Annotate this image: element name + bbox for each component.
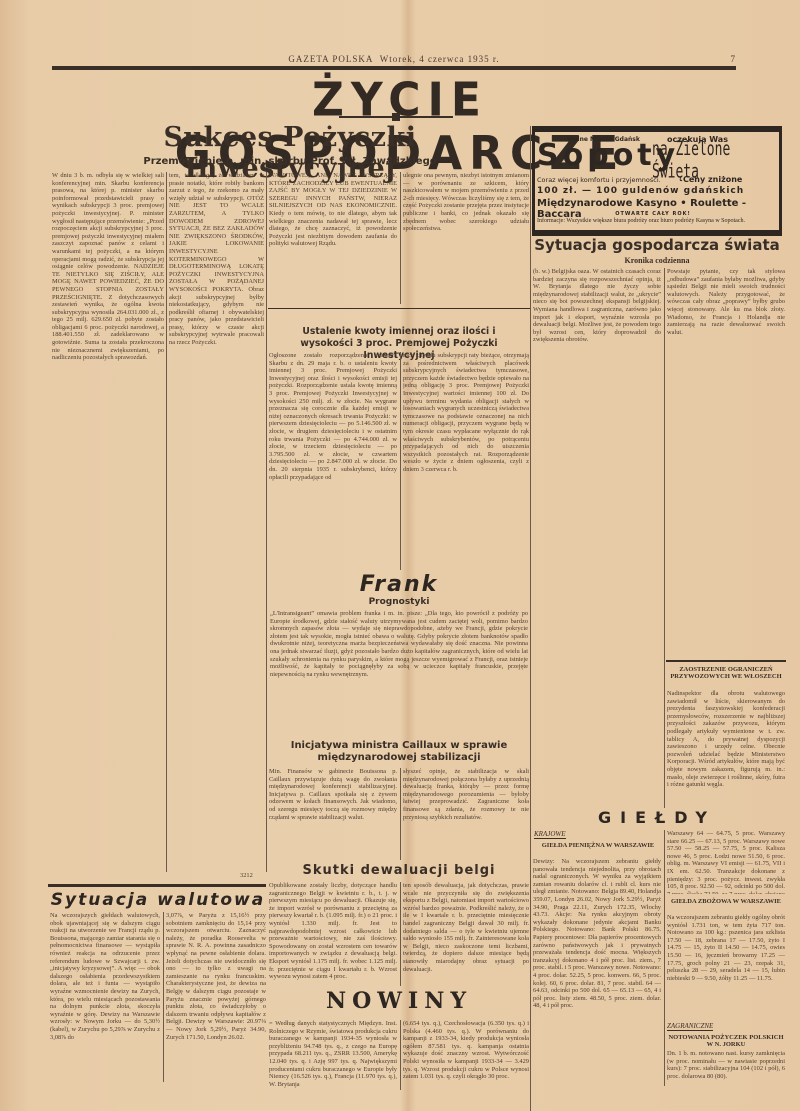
walutowa-col2: 3,07⅞, w Paryżu z 15,16½ przy sobotniem …: [166, 912, 266, 1082]
pozyczka-col1: W dniu 3 b. m. odbyła się w wielkiej sal…: [52, 172, 164, 872]
headline-gielda-pieniezna: GIEŁDA PIENIĘŻNA W WARSZAWIE: [534, 842, 662, 849]
column-rule: [166, 172, 167, 872]
headline-wlochy: ZAOSTRZENIE OGRANICZEŃ PRZYWOZOWYCH WE W…: [666, 666, 786, 680]
paper-name: GAZETA POLSKA: [288, 54, 373, 64]
column-rule: [530, 126, 531, 1111]
ad-comfort: Coraz więcej komfortu i przyjemności.: [537, 176, 661, 184]
sopoty-advertisement: Wolne Miasto Gdańsk oczekują Was Sopoty …: [532, 126, 782, 236]
headline-gielda-zbozowa: GIEŁDA ZBOŻOWA W WARSZAWIE: [667, 898, 785, 905]
headline-walutowa: Sytuacja walutowa: [48, 890, 268, 910]
pozyczka-col4: ulegnie ona pewnym, niezbyt istotnym zmi…: [403, 172, 529, 304]
column-rule: [400, 882, 401, 986]
swiat-col2: Powstaje pytanie, czy tak stylowa „odbud…: [667, 268, 785, 656]
column-rule: [400, 172, 401, 304]
skutki-col2: ten sposób dewaluacja, jak dotychczas, p…: [403, 882, 529, 986]
column-rule: [400, 1020, 401, 1090]
nowiny-col2: (6.654 tys. q.), Czechosłowacja (6.350 t…: [403, 1020, 529, 1090]
domestic-label: KRAJOWE: [534, 830, 566, 839]
foreign-label: ZAGRANICZNE: [667, 1022, 713, 1031]
headline-skutki: Skutki dewaluacji belgi: [268, 863, 530, 878]
headline-frank: Frank: [268, 572, 530, 597]
wlochy-body: Nadinspektor dla obrotu walutowego zawia…: [667, 690, 785, 808]
walutowa-col1: Na wczorajszych giełdach walutowych, obo…: [50, 912, 160, 1082]
section-rule: [268, 308, 530, 309]
nowiny-col1: = Według danych statystycznych Międzyn. …: [269, 1020, 397, 1090]
section-rule: [666, 660, 786, 662]
article-code: 3212: [240, 872, 253, 879]
ad-prices: Ceny zniżone: [683, 175, 742, 184]
masthead-ornament: [339, 116, 453, 118]
column-rule: [163, 912, 164, 1082]
ad-exchange: 100 zł. — 100 guldenów gdańskich: [537, 186, 744, 196]
headline-caillaux: Inicjatywa ministra Caillaux w sprawie m…: [268, 740, 530, 764]
column-rule: [266, 172, 267, 872]
pozyczka-col2: tem, to dlatego, że widziałem w prasie n…: [169, 172, 264, 872]
caillaux-col1: Min. Finansów w gabinecie Bouissona p. C…: [269, 768, 397, 860]
column-rule: [664, 268, 665, 808]
headline-nowiny: NOWINY: [268, 988, 530, 1014]
frank-body: „L'Intransigeant” omawia problem franka …: [270, 610, 528, 738]
issue-date: Wtorek, 4 czerwca 1935 r.: [380, 54, 500, 64]
header-rule: [52, 66, 736, 70]
section-rule: [48, 884, 266, 887]
newspaper-page: GAZETA POLSKA Wtorek, 4 czerwca 1935 r. …: [0, 0, 800, 1111]
headline-gieldy: GIEŁDY: [532, 808, 782, 827]
ustalenie-col2: nich z tytułu subskrypcji raty bieżące, …: [403, 352, 529, 570]
gielda-zbozowa-body: Na wczorajszem zebraniu giełdy ogólny ob…: [667, 914, 785, 1018]
subheadline-pozyczka: Przemówienie p. min. skarbu Prof. Wł. Za…: [55, 156, 525, 167]
swiat-col1: (b. w.) Belgijska oaza. W ostatnich czas…: [533, 268, 661, 808]
ad-open: OTWARTE CAŁY ROK!: [535, 211, 771, 217]
gielda-pieniezna-body: Dewizy: Na wczorajszem zebraniu giełdy p…: [533, 858, 661, 1086]
gieldy-col2: Warszawy 64 — 64.75, 5 proc. Warszawy st…: [667, 830, 785, 894]
pozyczka-col3: WALUTOWEJ, ANI NAWET WSTRZĄSY, KTÓRE ZAC…: [269, 172, 397, 304]
subheadline-swiat: Kronika codzienna: [532, 256, 782, 265]
headline-swiat: Sytuacja gospodarcza świata: [532, 236, 782, 254]
caillaux-col2: słyszeć opinje, że stabilizacja w skali …: [403, 768, 529, 860]
headline-nowy-jork: NOTOWANIA POŻYCZEK POLSKICH W N. JORKU: [667, 1034, 785, 1048]
column-rule: [400, 352, 401, 570]
ad-info: Informacje: Wszystkie większe biura podr…: [537, 218, 769, 225]
page-number: 7: [731, 54, 737, 64]
column-rule: [400, 768, 401, 860]
skutki-col1: Opublikowane zostały liczby, dotyczące h…: [269, 882, 397, 986]
ustalenie-col1: Ogłoszone zostało rozporządzenie ministr…: [269, 352, 397, 570]
nowy-jork-body: Dn. 1 b. m. notowano nast. kursy zamknię…: [667, 1050, 785, 1086]
subheadline-frank: Prognostyki: [268, 597, 530, 607]
column-rule: [664, 830, 665, 1086]
